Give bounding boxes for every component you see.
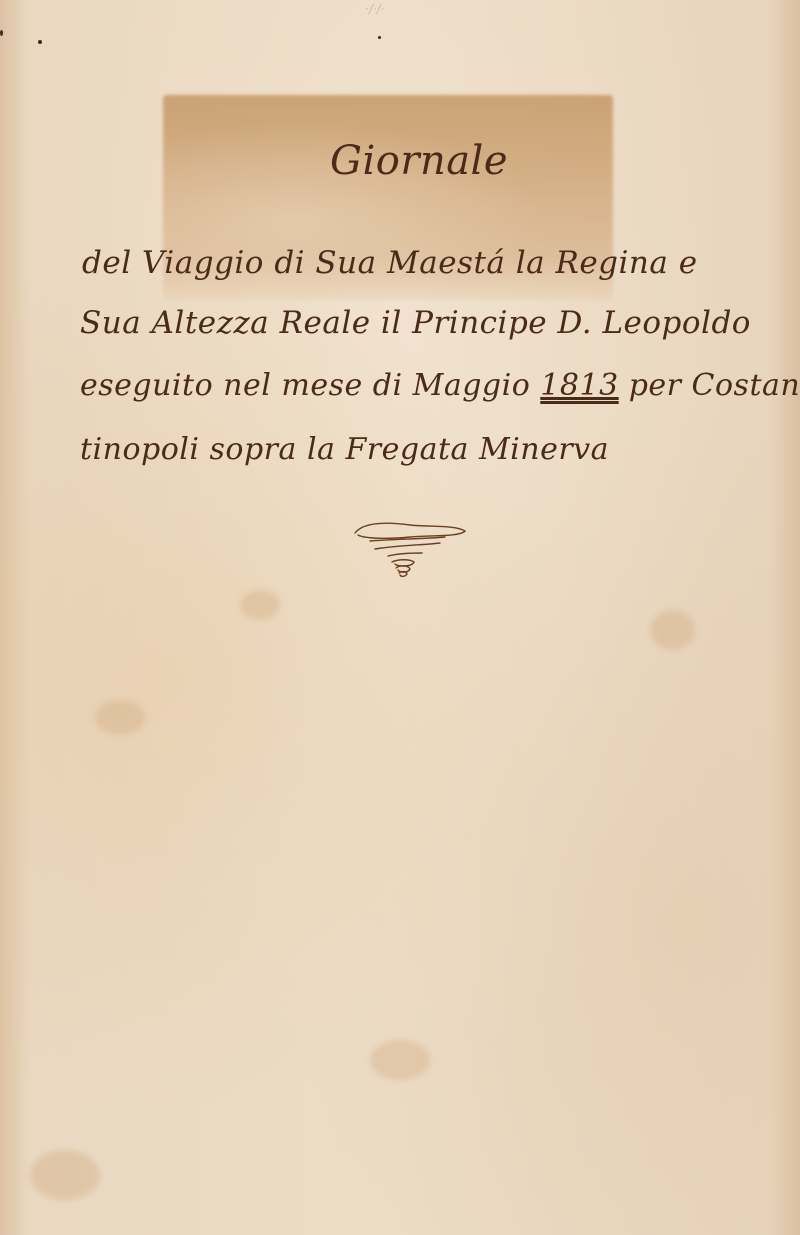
line3-before-year: eseguito nel mese di Maggio <box>80 368 540 403</box>
line3-after-year: per Costan- <box>619 368 800 403</box>
foxing-spot <box>30 1150 100 1200</box>
year-underlined: 1813 <box>540 368 618 403</box>
manuscript-line-1: del Viaggio di Sua Maestá la Regina e <box>82 245 698 281</box>
foxing-spot <box>95 700 145 735</box>
manuscript-page: ·/·/· Giornale del Viaggio di Sua Maestá… <box>0 0 800 1235</box>
ink-speck <box>0 30 3 36</box>
foxing-spot <box>240 590 280 620</box>
pencil-annotation: ·/·/· <box>365 2 385 16</box>
ink-speck <box>378 36 381 39</box>
foxing-spot <box>370 1040 430 1080</box>
scroll-flourish-icon <box>350 515 470 580</box>
manuscript-line-2: Sua Altezza Reale il Principe D. Leopold… <box>80 305 751 341</box>
manuscript-title: Giornale <box>330 138 508 184</box>
manuscript-line-4: tinopoli sopra la Fregata Minerva <box>80 432 609 467</box>
foxing-spot <box>650 610 695 650</box>
manuscript-line-3: eseguito nel mese di Maggio 1813 per Cos… <box>80 368 800 403</box>
ink-speck <box>38 40 42 44</box>
